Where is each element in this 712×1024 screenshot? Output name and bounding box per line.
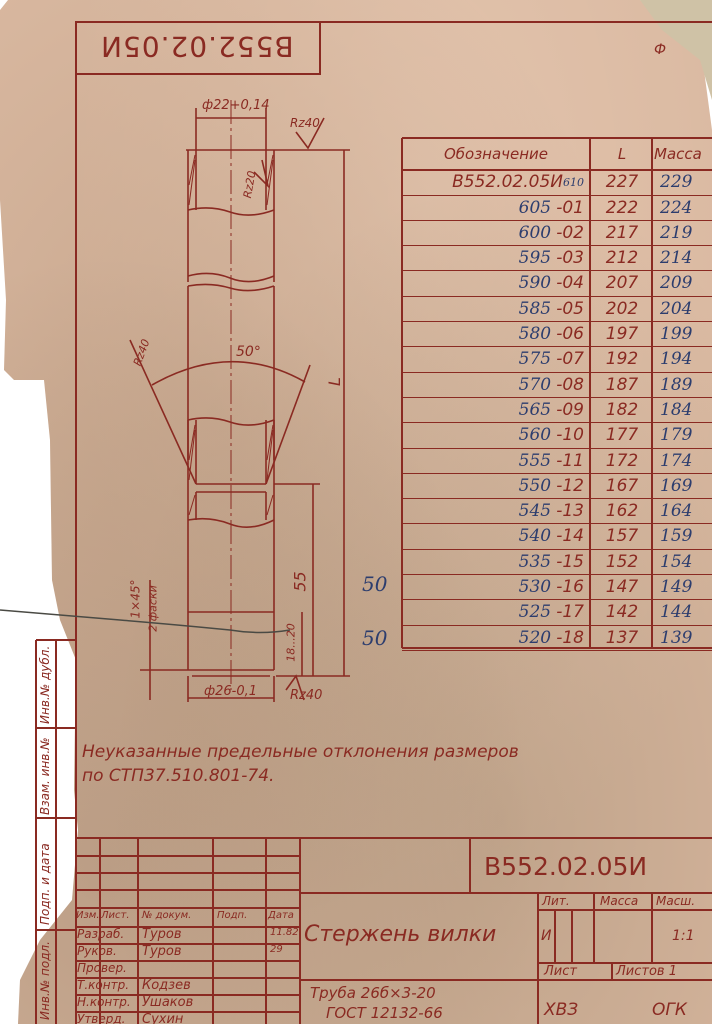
dim-top-diameter: ф22+0,14	[202, 98, 270, 113]
title-material-1: Труба 26б×3-20	[310, 984, 436, 1002]
table-row: 585 -05202204	[402, 297, 712, 323]
table-row: 555 -11172174	[402, 448, 712, 474]
roughness-top: Rz40	[290, 116, 320, 130]
signature-role: Разраб.	[77, 927, 124, 941]
table-row: В552.02.05И610227229	[402, 170, 712, 196]
dim-bottom-diameter: ф26-0,1	[204, 684, 257, 699]
handwritten-code: 580	[519, 324, 551, 344]
signature-name: Туров	[142, 944, 182, 959]
designation: -14	[556, 526, 584, 546]
signature-role: Утверд.	[77, 1012, 126, 1024]
length-value: 227	[606, 172, 638, 192]
length-value: 212	[606, 248, 638, 268]
table-row: 535 -15152154	[402, 550, 712, 576]
handwritten-code: 555	[519, 451, 551, 471]
header-scale: Масш.	[656, 894, 695, 908]
designation: -03	[556, 248, 584, 268]
designation-cell: 545 -13	[402, 499, 590, 524]
mass-value: 144	[660, 602, 692, 622]
length-value: 197	[606, 324, 638, 344]
length-value: 217	[606, 223, 638, 243]
mass-value: 229	[660, 172, 692, 192]
designation: -12	[556, 476, 584, 496]
signature-name: Ушаков	[142, 995, 193, 1010]
lit-value: И	[541, 928, 551, 944]
corner-mark: Ф	[654, 42, 666, 58]
header-mass: Масса	[654, 138, 712, 170]
table-row: 520 -18137139	[402, 625, 712, 651]
signature-name: Кодзев	[142, 978, 191, 993]
designation-cell: 590 -04	[402, 271, 590, 296]
margin-note-2: 50	[362, 626, 387, 650]
side-strip-replace-inv: Взам. инв.№	[38, 737, 52, 815]
dim-length-L: L	[325, 377, 344, 386]
signature-role: Т.контр.	[77, 978, 129, 992]
designation-cell: 575 -07	[402, 347, 590, 372]
designation-cell: 520 -18	[402, 625, 590, 650]
table-row: 600 -02217219	[402, 221, 712, 247]
mass-value: 214	[660, 248, 692, 268]
handwritten-code: 535	[519, 552, 551, 572]
title-part-name: Стержень вилки	[304, 922, 496, 947]
designation-cell: 595 -03	[402, 246, 590, 271]
designation: -04	[556, 273, 584, 293]
handwritten-code: 565	[519, 400, 551, 420]
designation-cell: 540 -14	[402, 524, 590, 549]
table-row: 550 -12167169	[402, 474, 712, 500]
length-value: 202	[606, 299, 638, 319]
mass-value: 154	[660, 552, 692, 572]
length-value: 182	[606, 400, 638, 420]
handwritten-code: 530	[519, 577, 551, 597]
dim-angle: 50°	[236, 344, 261, 360]
dim-length-18-20: 18...20	[285, 623, 298, 661]
drawing-sheet: В552.02.05И Ф ф22+0,14 Rz40 Rz20 Rz40 50…	[0, 0, 712, 1024]
table-row: 530 -16147149	[402, 575, 712, 601]
designation: В552.02.05И	[452, 172, 563, 192]
designation-cell: 570 -08	[402, 372, 590, 397]
length-value: 207	[606, 273, 638, 293]
designation-cell: 555 -11	[402, 448, 590, 473]
signature-name: Сухин	[142, 1012, 183, 1024]
designation-cell: 530 -16	[402, 575, 590, 600]
designation-cell: 560 -10	[402, 423, 590, 448]
handwritten-code: 600	[519, 223, 551, 243]
length-value: 147	[606, 577, 638, 597]
length-value: 137	[606, 628, 638, 648]
length-value: 192	[606, 349, 638, 369]
mass-value: 219	[660, 223, 692, 243]
length-value: 177	[606, 425, 638, 445]
signature-name: Туров	[142, 927, 182, 942]
side-strip-inv-orig: Инв.№ подл.	[38, 941, 52, 1020]
handwritten-code: 550	[519, 476, 551, 496]
signature-role: Руков.	[77, 944, 117, 958]
mass-value: 204	[660, 299, 692, 319]
dim-chamfer: 1×45°	[128, 580, 142, 619]
designation: -16	[556, 577, 584, 597]
designation-cell: 565 -09	[402, 398, 590, 423]
side-strip-sign-date: Подп. и дата	[38, 843, 52, 925]
mass-value: 159	[660, 526, 692, 546]
handwritten-code: 595	[519, 248, 551, 268]
handwritten-code: 525	[519, 602, 551, 622]
note-line-2: по СТП37.510.801-74.	[82, 766, 274, 786]
designation: -05	[556, 299, 584, 319]
signature-date: 11.82	[270, 927, 299, 938]
note-line-1: Неуказанные предельные отклонения размер…	[82, 742, 519, 762]
designation: -02	[556, 223, 584, 243]
mass-value: 139	[660, 628, 692, 648]
designation: -09	[556, 400, 584, 420]
handwritten-code: 605	[519, 198, 551, 218]
signature-date: 29	[270, 944, 283, 955]
mass-value: 164	[660, 501, 692, 521]
table-row: 590 -04207209	[402, 271, 712, 297]
sheets-label: Листов 1	[616, 964, 677, 979]
designation-cell: 605 -01	[402, 195, 590, 220]
mass-value: 184	[660, 400, 692, 420]
designation: -17	[556, 602, 584, 622]
rev-header-doc: № докум.	[142, 910, 191, 921]
handwritten-code: 585	[519, 299, 551, 319]
top-stamp-designation: В552.02.05И	[100, 30, 294, 63]
dim-length-55: 55	[291, 571, 310, 591]
length-value: 187	[606, 375, 638, 395]
designation: -18	[556, 628, 584, 648]
designation-cell: 535 -15	[402, 550, 590, 575]
designation-cell: 525 -17	[402, 600, 590, 625]
rev-header-date: Дата	[268, 910, 294, 921]
signature-role: Н.контр.	[77, 995, 131, 1009]
handwritten-code: 560	[519, 425, 551, 445]
length-value: 162	[606, 501, 638, 521]
designation-cell: 580 -06	[402, 322, 590, 347]
handwritten-code: 590	[519, 273, 551, 293]
rev-header-sheet: Лист.	[101, 910, 130, 921]
length-value: 157	[606, 526, 638, 546]
length-value: 152	[606, 552, 638, 572]
designation: -10	[556, 425, 584, 445]
handwritten-code: 610	[563, 176, 584, 189]
table-row: 540 -14157159	[402, 524, 712, 550]
table-row: 545 -13162164	[402, 499, 712, 525]
handwritten-code: 540	[519, 526, 551, 546]
table-row: 525 -17142144	[402, 600, 712, 626]
designation: -01	[556, 198, 584, 218]
mass-value: 209	[660, 273, 692, 293]
table-row: 605 -01222224	[402, 195, 712, 221]
mass-value: 224	[660, 198, 692, 218]
table-row: 560 -10177179	[402, 423, 712, 449]
handwritten-code: 575	[519, 349, 551, 369]
table-row: 575 -07192194	[402, 347, 712, 373]
dim-chamfer-note: 2 фаски	[147, 585, 160, 631]
designation: -15	[556, 552, 584, 572]
handwritten-code: 545	[519, 501, 551, 521]
length-value: 142	[606, 602, 638, 622]
mass-value: 169	[660, 476, 692, 496]
table-row: 570 -08187189	[402, 372, 712, 398]
designation: -13	[556, 501, 584, 521]
signature-role: Провер.	[77, 961, 127, 975]
designation-cell: 550 -12	[402, 474, 590, 499]
designation-cell: 585 -05	[402, 297, 590, 322]
mass-value: 194	[660, 349, 692, 369]
mass-value: 189	[660, 375, 692, 395]
table-row: 565 -09182184	[402, 398, 712, 424]
mass-value: 179	[660, 425, 692, 445]
designation: -08	[556, 375, 584, 395]
scale-value: 1:1	[672, 928, 695, 944]
org-left: ХВЗ	[544, 1000, 578, 1020]
length-value: 172	[606, 451, 638, 471]
designation: -06	[556, 324, 584, 344]
title-designation: В552.02.05И	[484, 852, 647, 881]
length-value: 222	[606, 198, 638, 218]
table-row: 595 -03212214	[402, 246, 712, 272]
mass-value: 149	[660, 577, 692, 597]
mass-value: 174	[660, 451, 692, 471]
rev-header-sign: Подп.	[217, 910, 247, 921]
header-mass-tb: Масса	[600, 894, 638, 908]
rev-header-change: Изм.	[76, 910, 100, 921]
org-right: ОГК	[652, 1000, 687, 1020]
handwritten-code: 520	[519, 628, 551, 648]
header-lit: Лит.	[542, 894, 570, 908]
sheet-label: Лист	[544, 964, 577, 979]
designation-cell: 600 -02	[402, 221, 590, 246]
table-header: Обозначение L Масса	[402, 138, 712, 171]
roughness-bottom: Rz40	[290, 688, 322, 703]
handwritten-code: 570	[519, 375, 551, 395]
designation: -07	[556, 349, 584, 369]
title-material-2: ГОСТ 12132-66	[326, 1004, 443, 1022]
designation: -11	[556, 451, 584, 471]
header-length: L	[590, 138, 654, 170]
length-value: 167	[606, 476, 638, 496]
mass-value: 199	[660, 324, 692, 344]
margin-note-1: 50	[362, 572, 387, 596]
designation-cell: В552.02.05И610	[402, 170, 590, 195]
header-designation: Обозначение	[402, 138, 590, 170]
table-row: 580 -06197199	[402, 322, 712, 348]
side-strip-inv-dup: Инв.№ дубл.	[38, 646, 52, 724]
